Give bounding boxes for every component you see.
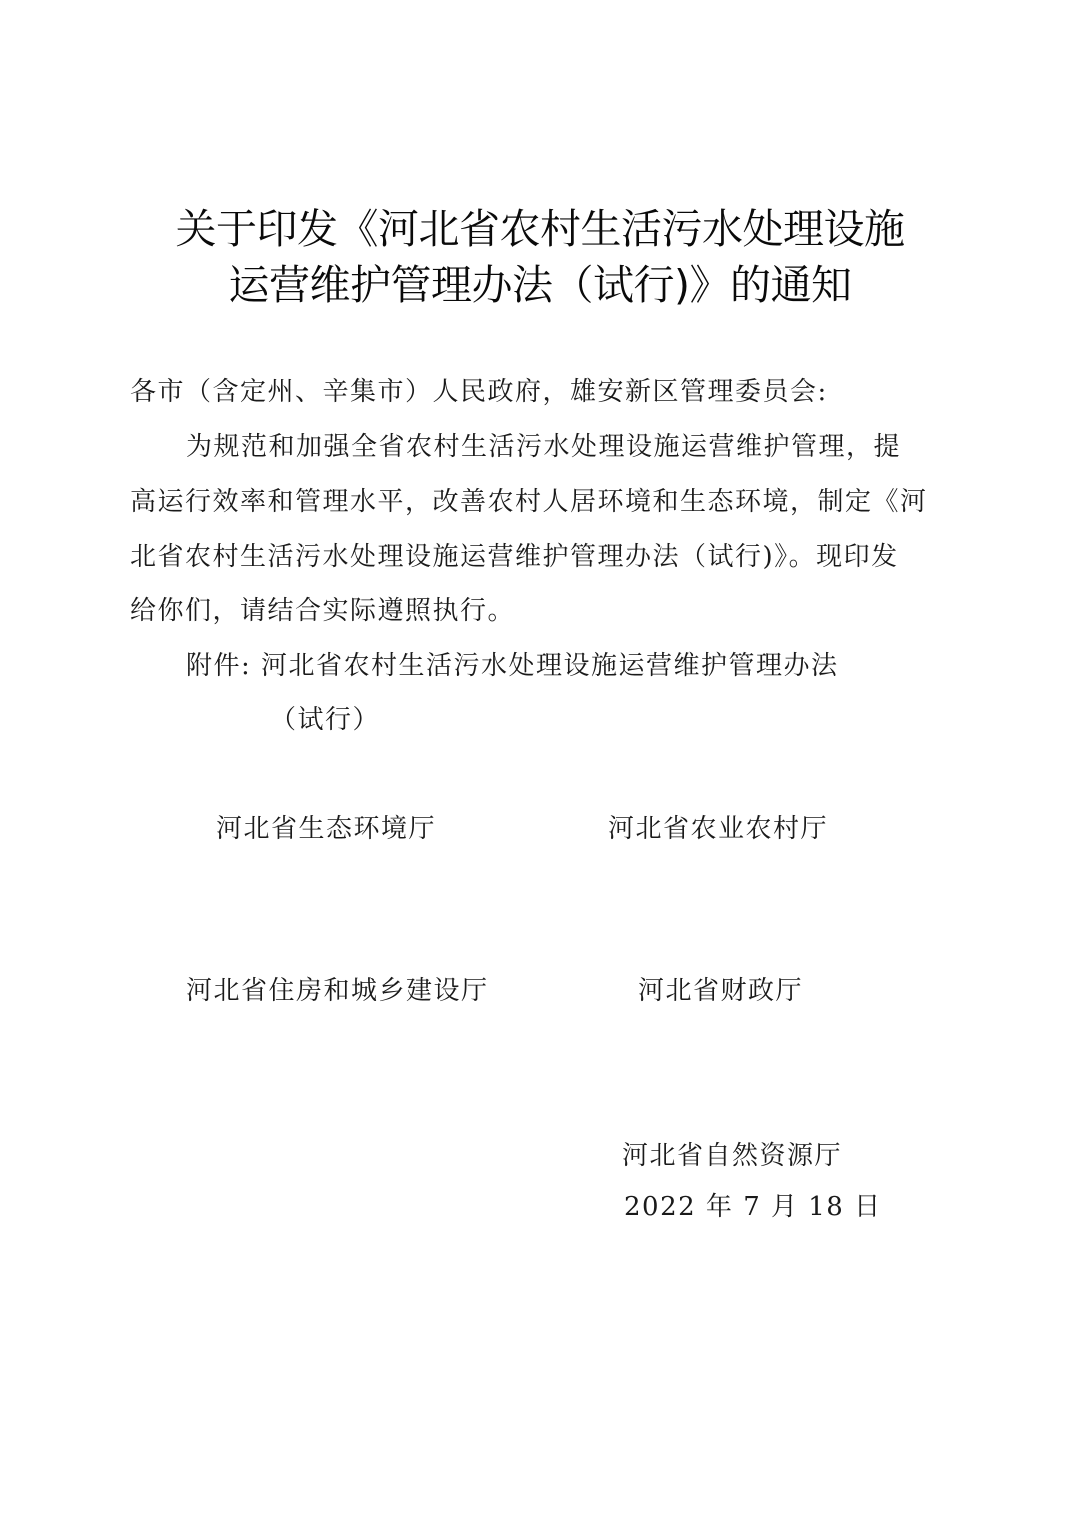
body-line-4: 给你们，请结合实际遵照执行。	[130, 590, 515, 627]
signatory-natural-resources: 河北省自然资源厅	[622, 1135, 842, 1172]
document-date: 2022 年 7 月 18 日	[624, 1186, 882, 1223]
body-line-3: 北省农村生活污水处理设施运营维护管理办法（试行)》。现印发	[130, 536, 899, 573]
document-title-line-2: 运营维护管理办法（试行)》的通知	[0, 252, 1080, 311]
signatory-ecology-environment: 河北省生态环境厅	[216, 808, 436, 845]
attachment-line-1: 附件: 河北省农村生活污水处理设施运营维护管理办法	[186, 645, 839, 682]
document-title-line-1: 关于印发《河北省农村生活污水处理设施	[0, 196, 1080, 255]
signatory-finance: 河北省财政厅	[638, 970, 803, 1007]
body-line-2: 高运行效率和管理水平，改善农村人居环境和生态环境，制定《河	[130, 481, 928, 518]
salutation: 各市（含定州、辛集市）人民政府，雄安新区管理委员会:	[130, 371, 828, 408]
body-line-1: 为规范和加强全省农村生活污水处理设施运营维护管理，提	[186, 426, 901, 463]
attachment-line-2: （试行）	[270, 699, 380, 736]
signatory-housing-construction: 河北省住房和城乡建设厅	[186, 970, 489, 1007]
signatory-agriculture-rural: 河北省农业农村厅	[608, 808, 828, 845]
document-page: 关于印发《河北省农村生活污水处理设施 运营维护管理办法（试行)》的通知 各市（含…	[0, 0, 1080, 1528]
